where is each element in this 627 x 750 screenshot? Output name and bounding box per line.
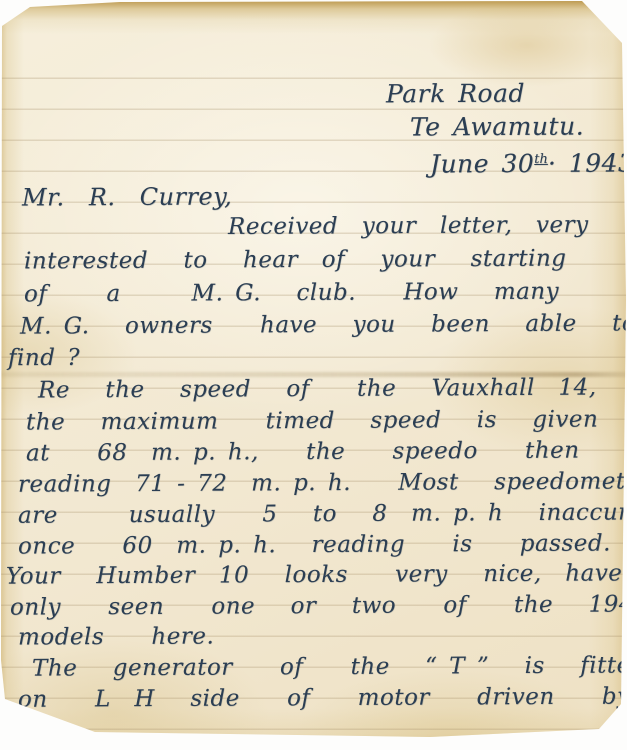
date-line: June 30th· 1943 [430,145,627,178]
letter-line: of a M. G. club. How many [24,278,559,309]
letter-line: the maximum timed speed is given [26,406,598,437]
letter-line: only seen one or two of the 1940 [10,590,627,621]
letter-line: find ? [8,344,80,372]
letter-line: once 60 m. p. h. reading is passed. [18,529,611,560]
address-line-2: Te Awamutu. [410,113,584,142]
letter-line: models here. [18,622,214,651]
date-year: · 1943 [548,148,627,177]
letter-line: The generator of the “ T ” is fitted [32,651,627,682]
letter-line: Received your letter, very [228,211,589,241]
date-day: June 30 [430,149,534,179]
letter-line: are usually 5 to 8 m. p. h inaccurate [18,498,627,529]
letter-line: Your Humber 10 looks very nice, have [6,559,623,590]
date-ordinal-suffix: th [534,152,548,167]
letter-line: M. G. owners have you been able to [20,309,627,340]
letter-line: Re the speed of the Vauxhall 14, [38,374,597,405]
letter-line: reading 71 - 72 m. p. h. Most speedomete… [18,467,627,498]
paper: Park Road Te Awamutu. June 30th· 1943 Mr… [0,0,627,750]
salutation: Mr. R. Currey, [22,182,232,211]
scanned-letter-page: Park Road Te Awamutu. June 30th· 1943 Mr… [0,0,627,750]
letter-line: on L H side of motor driven by fan [18,682,627,714]
letter-line: at 68 m. p. h., the speedo then [26,437,580,468]
address-line-1: Park Road [386,80,525,109]
letter-line: interested to hear of your starting [24,245,567,276]
